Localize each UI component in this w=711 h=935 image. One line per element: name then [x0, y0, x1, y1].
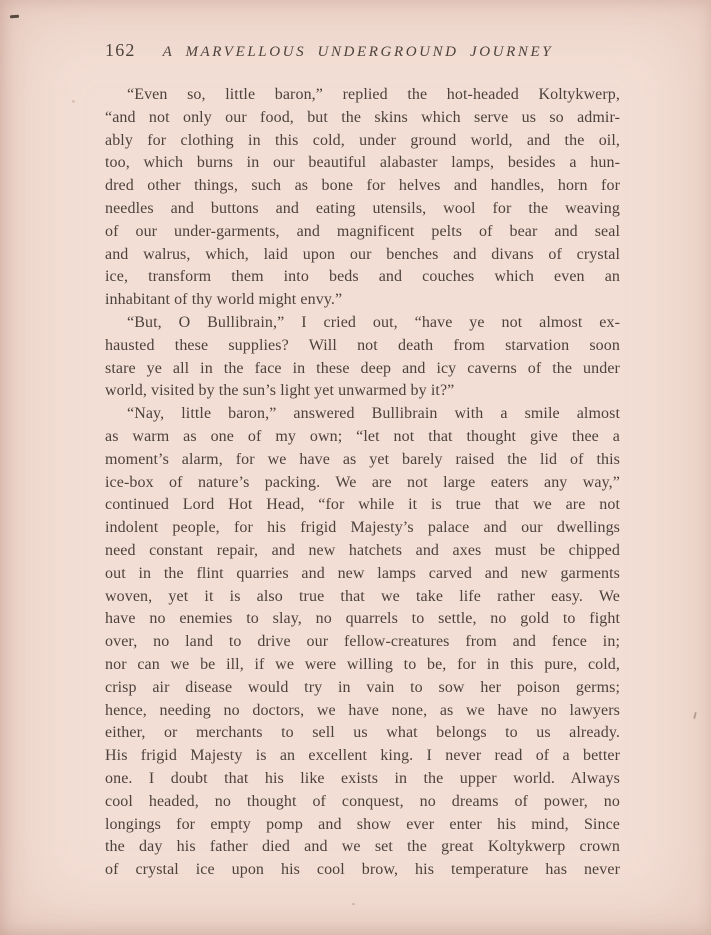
text-line: ably for clothing in this cold, under gr…	[105, 130, 620, 153]
text-line: ice-box of nature’s packing. We are not …	[105, 472, 620, 495]
text-line: one. I doubt that his like exists in the…	[105, 768, 620, 791]
text-line: indolent people, for his frigid Majesty’…	[105, 517, 620, 540]
text-line: world, visited by the sun’s light yet un…	[105, 380, 620, 403]
text-line: need constant repair, and new hatchets a…	[105, 540, 620, 563]
text-line: dred other things, such as bone for helv…	[105, 175, 620, 198]
text-line: either, or merchants to sell us what bel…	[105, 722, 620, 745]
text-line: hausted these supplies? Will not death f…	[105, 335, 620, 358]
text-line: over, no land to drive our fellow-creatu…	[105, 631, 620, 654]
text-line: “Nay, little baron,” answered Bullibrain…	[105, 403, 620, 426]
text-line: continued Lord Hot Head, “for while it i…	[105, 494, 620, 517]
text-line: moment’s alarm, for we have as yet barel…	[105, 449, 620, 472]
scan-mark-dash	[10, 15, 19, 19]
text-line: hence, needing no doctors, we have none,…	[105, 700, 620, 723]
page-number: 162	[105, 40, 136, 61]
text-line: “But, O Bullibrain,” I cried out, “have …	[105, 312, 620, 335]
text-line: needles and buttons and eating utensils,…	[105, 198, 620, 221]
scan-speck	[693, 712, 697, 719]
text-line: and walrus, which, laid upon our benches…	[105, 244, 620, 267]
text-line: woven, yet it is also true that we take …	[105, 586, 620, 609]
scan-speck	[352, 903, 355, 905]
text-line: inhabitant of thy world might envy.”	[105, 289, 620, 312]
book-page: 162 A MARVELLOUS UNDERGROUND JOURNEY “Ev…	[0, 0, 711, 935]
text-line: stare ye all in the face in these deep a…	[105, 358, 620, 381]
text-line: of our under-garments, and magnificent p…	[105, 221, 620, 244]
running-header: 162 A MARVELLOUS UNDERGROUND JOURNEY	[105, 40, 620, 61]
text-line: of crystal ice upon his cool brow, his t…	[105, 859, 620, 882]
running-head-title: A MARVELLOUS UNDERGROUND JOURNEY	[163, 44, 554, 61]
text-line: cool headed, no thought of conquest, no …	[105, 791, 620, 814]
scan-speck	[72, 100, 75, 103]
text-line: longings for empty pomp and show ever en…	[105, 814, 620, 837]
text-line: have no enemies to slay, no quarrels to …	[105, 608, 620, 631]
text-line: as warm as one of my own; “let not that …	[105, 426, 620, 449]
text-line: too, which burns in our beautiful alabas…	[105, 152, 620, 175]
text-line: the day his father died and we set the g…	[105, 836, 620, 859]
text-line: out in the flint quarries and new lamps …	[105, 563, 620, 586]
text-line: His frigid Majesty is an excellent king.…	[105, 745, 620, 768]
text-line: nor can we be ill, if we were willing to…	[105, 654, 620, 677]
text-line: ice, transform them into beds and couche…	[105, 266, 620, 289]
text-line: “and not only our food, but the skins wh…	[105, 107, 620, 130]
page-text: “Even so, little baron,” replied the hot…	[105, 84, 620, 882]
text-line: crisp air disease would try in vain to s…	[105, 677, 620, 700]
text-line: “Even so, little baron,” replied the hot…	[105, 84, 620, 107]
